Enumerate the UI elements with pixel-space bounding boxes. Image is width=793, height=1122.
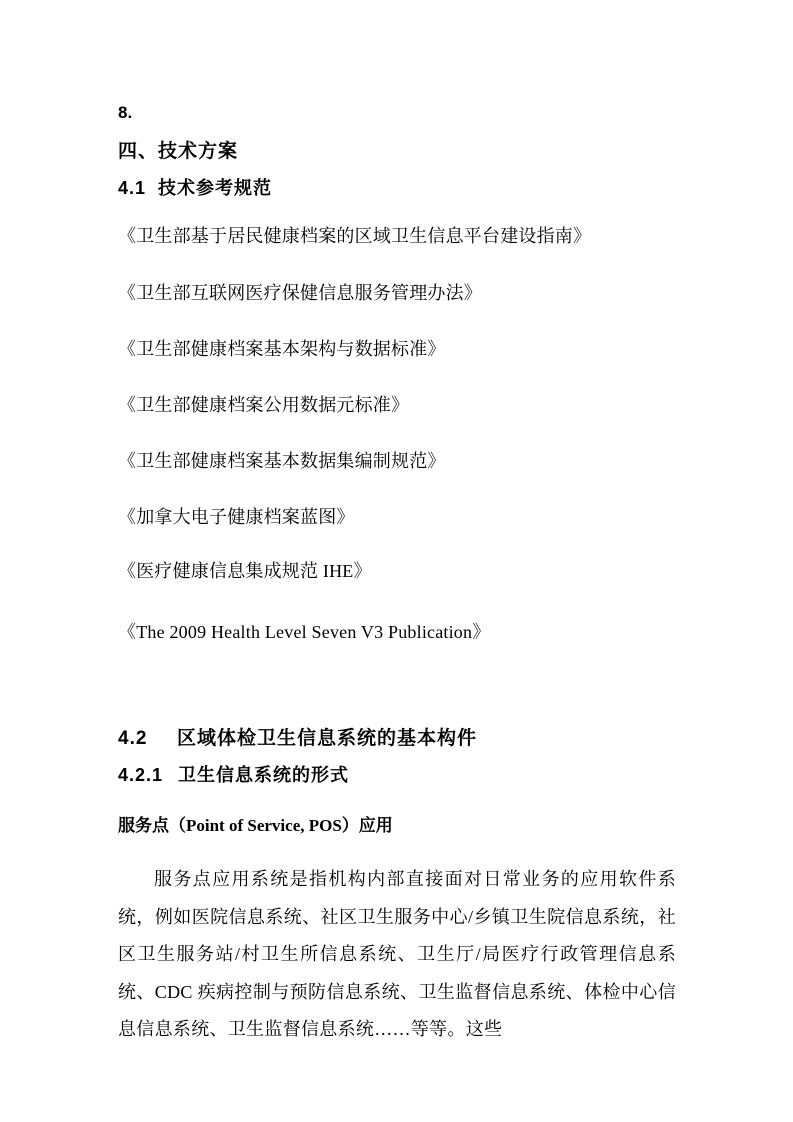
reference-item: 《卫生部健康档案公用数据元标准》 xyxy=(118,391,409,417)
section-number-4-2: 4.2 xyxy=(118,728,177,750)
section-number-4-2-1: 4.2.1 xyxy=(118,765,178,786)
reference-item: 《卫生部健康档案基本架构与数据标准》 xyxy=(118,335,446,361)
reference-item: 《卫生部互联网医疗保健信息服务管理办法》 xyxy=(118,279,482,305)
reference-item: 《医疗健康信息集成规范 IHE》 xyxy=(118,557,372,583)
reference-item: 《加拿大电子健康档案蓝图》 xyxy=(118,503,355,529)
section-number-4-1: 4.1 xyxy=(118,178,158,199)
section-title-4-2: 区域体检卫生信息系统的基本构件 xyxy=(177,728,477,749)
section-title-4-1: 技术参考规范 xyxy=(158,178,272,198)
list-number-8: 8. xyxy=(118,103,132,123)
section-title-4-2-1: 卫生信息系统的形式 xyxy=(178,765,349,785)
section-heading-4-2-1: 4.2.1卫生信息系统的形式 xyxy=(118,761,349,787)
section-heading-4-2: 4.2区域体检卫生信息系统的基本构件 xyxy=(118,723,477,750)
pos-subheading: 服务点（Point of Service, POS）应用 xyxy=(118,811,393,836)
reference-item: 《卫生部基于居民健康档案的区域卫生信息平台建设指南》 xyxy=(118,222,591,248)
reference-item: 《卫生部健康档案基本数据集编制规范》 xyxy=(118,447,446,473)
document-page: 8. 四、技术方案 4.1技术参考规范 《卫生部基于居民健康档案的区域卫生信息平… xyxy=(0,0,793,1122)
chapter-heading: 四、技术方案 xyxy=(118,136,238,163)
section-heading-4-1: 4.1技术参考规范 xyxy=(118,174,272,200)
reference-item: 《The 2009 Health Level Seven V3 Publicat… xyxy=(118,618,490,644)
body-paragraph: 服务点应用系统是指机构内部直接面对日常业务的应用软件系统，例如医院信息系统、社区… xyxy=(118,861,676,1049)
